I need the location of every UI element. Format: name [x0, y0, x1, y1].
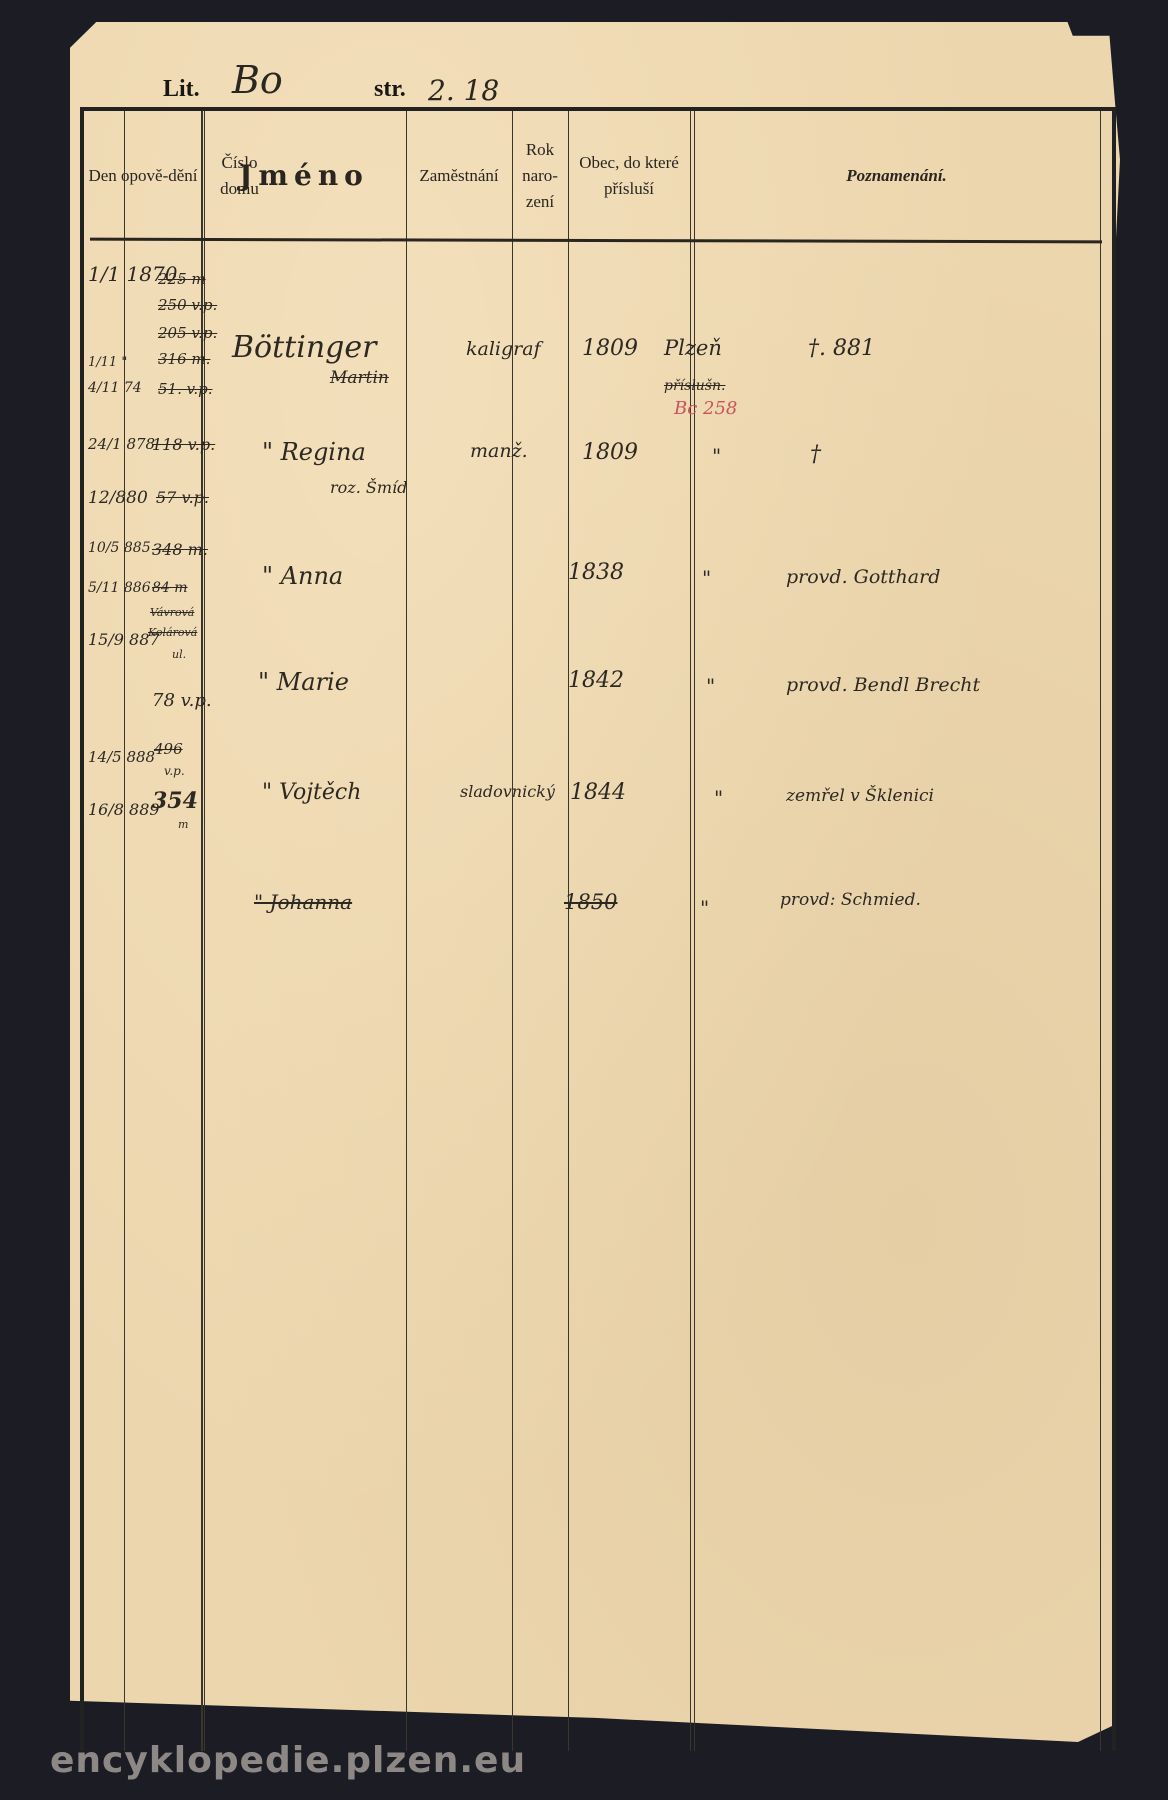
row-2-note: † [810, 442, 821, 467]
row-2-birth-year: 1809 [582, 440, 638, 465]
row-5-birth-year: 1844 [570, 780, 626, 805]
row-1-birth-year: 1809 [582, 336, 638, 361]
house-number: 348 m. [152, 540, 208, 559]
col-header-jmeno: Jméno [204, 117, 404, 235]
margin-date: 10/5 885 [88, 540, 151, 556]
row-5-name: " Vojtěch [262, 780, 361, 805]
house-number: 84 m [152, 580, 188, 596]
col-divider [1100, 111, 1101, 1751]
row-4-commune: " [706, 674, 715, 698]
row-5-commune: " [714, 786, 723, 810]
watermark: encyklopedie.plzen.eu [50, 1740, 526, 1781]
house-number: 250 v.p. [158, 296, 217, 314]
margin-date: 16/8 889 [88, 800, 160, 819]
row-1-commune-note: příslušn. [664, 378, 725, 394]
row-4-birth-year: 1842 [568, 668, 624, 693]
house-number: 225 m [158, 270, 206, 288]
house-number: ul. [172, 648, 186, 661]
row-4-name: " Marie [258, 668, 349, 696]
row-6-commune: " [700, 896, 709, 920]
row-1-name: Böttinger [232, 330, 376, 365]
house-number: 78 v.p. [152, 690, 212, 711]
row-6-birth-year: 1850 [564, 890, 617, 914]
house-number: v.p. [164, 764, 185, 778]
margin-date: 1/11 " [88, 355, 127, 370]
row-1-commune: Plzeň [664, 336, 722, 360]
col-divider [406, 111, 407, 1751]
house-number: Kolárová [148, 626, 197, 639]
page-value: 2. 18 [428, 74, 499, 107]
col-header-poznamenani: Poznamenání. [693, 117, 1100, 235]
lit-value: Bo [232, 58, 283, 102]
row-2-commune: " [712, 444, 721, 468]
row-5-occupation: sladovnický [460, 782, 555, 801]
header-rule [90, 238, 1102, 244]
margin-date: 24/1 878 [88, 435, 155, 453]
house-number: 354 [152, 788, 198, 814]
page-label: str. [374, 76, 406, 103]
row-1-occupation: kaligraf [466, 338, 541, 360]
house-number: 496 [154, 740, 183, 758]
house-number: 205 v.p. [158, 324, 217, 342]
house-number: 51. v.p. [158, 380, 212, 398]
margin-date: 4/11 74 [88, 380, 142, 396]
row-5-note: zemřel v Šklenici [786, 786, 934, 806]
col-header-obec: Obec, do které přísluší [568, 117, 690, 235]
row-1-first-name: Martin [330, 368, 389, 388]
house-number: 316 m. [158, 350, 210, 368]
lit-label: Lit. [163, 76, 200, 103]
row-6-note: provd: Schmied. [780, 890, 921, 910]
col-header-zamestnani: Zaměstnání [406, 117, 512, 235]
row-3-birth-year: 1838 [568, 560, 624, 585]
row-3-note: provd. Gotthard [786, 566, 940, 588]
row-3-name: " Anna [262, 562, 343, 590]
house-number: 118 v.p. [152, 435, 215, 454]
row-1-red-note: Bc 258 [674, 398, 737, 419]
margin-date: 14/5 888 [88, 748, 155, 766]
col-header-rok-narozeni: Rok naro-zení [512, 117, 568, 235]
row-6-name: " Johanna [254, 890, 352, 914]
row-3-commune: " [702, 566, 711, 590]
house-number: m [178, 818, 188, 831]
margin-date: 5/11 886 [88, 580, 151, 596]
col-divider [568, 111, 569, 1751]
house-number: Vávrová [150, 606, 194, 619]
row-4-note: provd. Bendl Brecht [786, 674, 980, 696]
col-header-den: Den opově-dění [84, 117, 202, 235]
row-2-occupation: manž. [470, 440, 528, 462]
row-2-maiden-name: roz. Šmíd [330, 478, 407, 497]
margin-date: 12/880 [88, 488, 148, 508]
row-2-name: " Regina [262, 438, 366, 466]
row-1-note: †. 881 [808, 336, 875, 361]
house-number: 57 v.p. [156, 488, 209, 507]
